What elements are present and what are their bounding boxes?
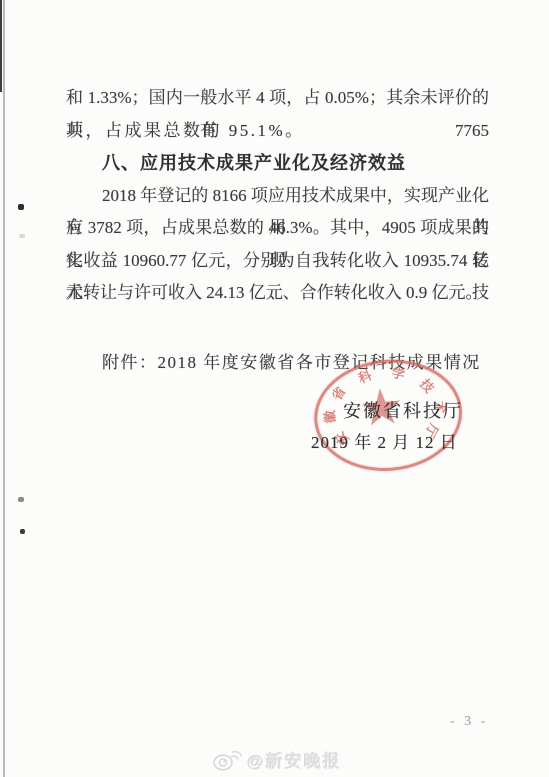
binding-mark bbox=[18, 204, 24, 210]
body-line: 术转让与许可收入 24.13 亿元、合作转化收入 0.9 亿元。 bbox=[66, 277, 489, 310]
scan-edge-dark-segment bbox=[0, 0, 2, 92]
document-page: 和 1.33%；国内一般水平 4 项，占 0.05%；其余未评价的共有 7765… bbox=[0, 0, 549, 777]
watermark-text: @新安晚报 bbox=[247, 747, 342, 772]
watermark: @新安晚报 bbox=[212, 747, 342, 772]
binding-mark bbox=[18, 497, 24, 502]
binding-mark bbox=[19, 234, 25, 238]
body-line: 化收益 10960.77 亿元，分别为自我转化收入 10935.74 亿元、技 bbox=[66, 245, 489, 278]
document-body: 和 1.33%；国内一般水平 4 项，占 0.05%；其余未评价的共有 7765… bbox=[66, 82, 489, 379]
binding-mark bbox=[20, 529, 25, 534]
weibo-icon bbox=[212, 747, 242, 772]
body-line: 有 3782 项，占成果总数的 46.3%。其中，4905 项成果共实现转 bbox=[66, 212, 489, 245]
signature-agency: 安徽省科技厅 bbox=[343, 397, 463, 423]
signature-date: 2019 年 2 月 12 日 bbox=[311, 428, 458, 453]
page-number: - 3 - bbox=[450, 714, 488, 730]
section-heading: 八、应用技术成果产业化及经济效益 bbox=[66, 147, 489, 180]
body-line: 和 1.33%；国内一般水平 4 项，占 0.05%；其余未评价的共有 7765 bbox=[66, 82, 489, 115]
scan-edge-line bbox=[3, 0, 5, 777]
body-line: 2018 年登记的 8166 项应用技术成果中，实现产业化应用的 bbox=[66, 180, 489, 213]
